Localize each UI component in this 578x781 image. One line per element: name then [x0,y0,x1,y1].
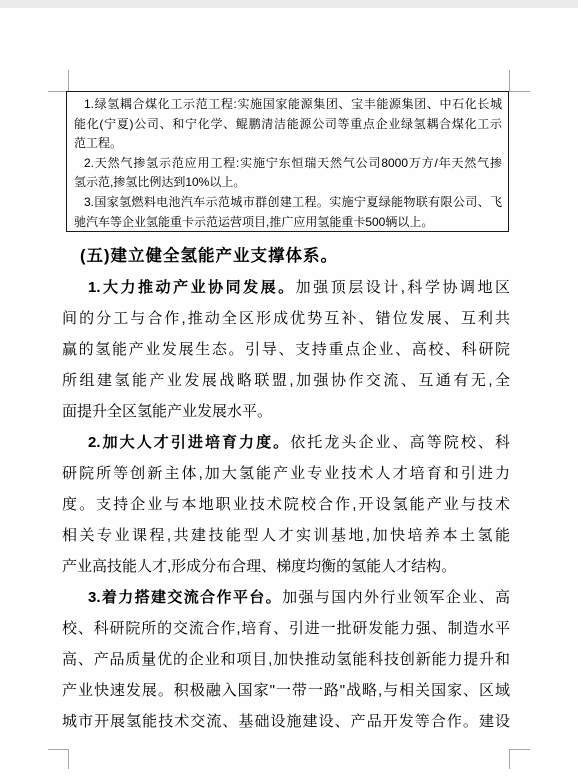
box-line: 氢示范,掺氢比例达到10%以上。 [74,173,502,193]
body-line: 间的分工与合作,推动全区形成优势互补、错位发展、互利共 [62,303,510,334]
body-line: 面提升全区氢能产业发展水平。 [62,396,510,427]
body-line: 所组建氢能产业发展战略联盟,加强协作交流、互通有无,全 [62,365,510,396]
crop-mark-bottom-right [509,749,530,769]
body-line: 校、科研院所的交流合作,培育、引进一批研发能力强、制造水平 [62,613,510,644]
line-text: 产业高技能人才,形成分布合理、梯度均衡的氢能人才结构。 [62,558,456,575]
body-line: 1.大力推动产业协同发展。加强顶层设计,科学协调地区 [62,272,510,303]
box-line: 3.国家氢燃料电池汽车示范城市群创建工程。实施宁夏绿能物联有限公司、飞 [74,193,502,213]
line-text: 研院所等创新主体,加大氢能产业专业技术人才培育和引进力 [62,465,510,482]
line-text: 加强顶层设计,科学协调地区 [296,279,510,296]
body-text: (五)建立健全氢能产业支撑体系。 1.大力推动产业协同发展。加强顶层设计,科学协… [62,241,510,737]
body-line: 产业快速发展。积极融入国家"一带一路"战略,与相关国家、区域 [62,675,510,706]
line-text: 间的分工与合作,推动全区形成优势互补、错位发展、互利共 [62,310,510,327]
line-text: 产业快速发展。积极融入国家"一带一路"战略,与相关国家、区域 [62,682,510,699]
line-text: 高、产品质量优的企业和项目,加快推动氢能科技创新能力提升和 [62,651,510,668]
body-line: 产业高技能人才,形成分布合理、梯度均衡的氢能人才结构。 [62,551,510,582]
body-line: 度。支持企业与本地职业技术院校合作,开设氢能产业与技术 [62,489,510,520]
box-line: 范工程。 [74,134,502,154]
paragraph-lead: 2.加大人才引进培育力度。 [88,434,290,451]
body-line: 赢的氢能产业发展生态。引导、支持重点企业、高校、科研院 [62,334,510,365]
crop-mark-top-right [509,70,530,92]
body-line: 城市开展氢能技术交流、基础设施建设、产品开发等合作。建设 [62,706,510,737]
body-line: 2.加大人才引进培育力度。依托龙头企业、高等院校、科 [62,427,510,458]
box-line: 能化(宁夏)公司、和宁化学、鲲鹏清洁能源公司等重点企业绿氢耦合煤化工示 [74,115,502,135]
body-line: 相关专业课程,共建技能型人才实训基地,加快培养本土氢能 [62,520,510,551]
body-line: 3.着力搭建交流合作平台。加强与国内外行业领军企业、高 [62,582,510,613]
line-text: 度。支持企业与本地职业技术院校合作,开设氢能产业与技术 [62,496,510,513]
box-line: 2.天然气掺氢示范应用工程:实施宁东恒瑞天然气公司8000万方/年天然气掺 [74,154,502,174]
body-line: 研院所等创新主体,加大氢能产业专业技术人才培育和引进力 [62,458,510,489]
crop-mark-top-left [48,70,69,92]
box-line: 1.绿氢耦合煤化工示范工程:实施国家能源集团、宝丰能源集团、中石化长城 [74,95,502,115]
section-heading: (五)建立健全氢能产业支撑体系。 [62,241,510,272]
line-text: 所组建氢能产业发展战略联盟,加强协作交流、互通有无,全 [62,372,510,389]
box-line: 驰汽车等企业氢能重卡示范运营项目,推广应用氢能重卡500辆以上。 [74,213,502,233]
crop-mark-bottom-left [48,749,69,769]
line-text: 城市开展氢能技术交流、基础设施建设、产品开发等合作。建设 [62,713,510,730]
line-text: 赢的氢能产业发展生态。引导、支持重点企业、高校、科研院 [62,341,510,358]
line-text: 面提升全区氢能产业发展水平。 [62,403,272,420]
line-text: 加强与国内外行业领军企业、高 [282,589,510,606]
page-top-edge [0,0,578,8]
info-box: 1.绿氢耦合煤化工示范工程:实施国家能源集团、宝丰能源集团、中石化长城 能化(宁… [66,91,509,232]
line-text: 校、科研院所的交流合作,培育、引进一批研发能力强、制造水平 [62,620,510,637]
paragraph-lead: 3.着力搭建交流合作平台。 [88,589,282,606]
line-text: 相关专业课程,共建技能型人才实训基地,加快培养本土氢能 [62,527,510,544]
paragraph-lead: 1.大力推动产业协同发展。 [88,279,296,296]
document-page[interactable]: 1.绿氢耦合煤化工示范工程:实施国家能源集团、宝丰能源集团、中石化长城 能化(宁… [0,0,578,781]
body-line: 高、产品质量优的企业和项目,加快推动氢能科技创新能力提升和 [62,644,510,675]
line-text: 依托龙头企业、高等院校、科 [290,434,510,451]
